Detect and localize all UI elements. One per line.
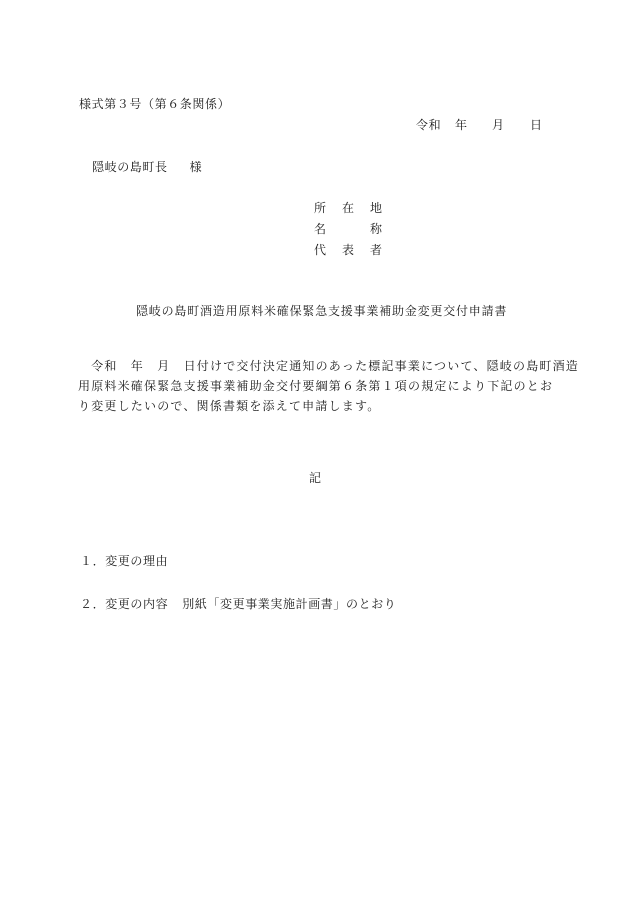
- applicant-representative-label: 代 表 者: [314, 244, 414, 258]
- applicant-block: 所 在 地 名 称 代 表 者: [314, 202, 332, 262]
- body-line: 令和 年 月 日付けで交付決定通知のあった標記事業について、隠岐の島町酒造: [78, 360, 579, 372]
- applicant-address-label: 所 在 地: [314, 202, 414, 216]
- label-char: 名: [314, 223, 327, 235]
- addressee-name: 隠岐の島町長: [92, 160, 168, 174]
- label-char: 所: [314, 202, 327, 214]
- item-change-reason: １．変更の理由: [80, 555, 168, 567]
- label-char: 代: [314, 244, 327, 256]
- date-year-label: 年: [455, 119, 468, 131]
- label-char: 表: [342, 244, 355, 256]
- item-value: 別紙「変更事業実施計画書」のとおり: [182, 597, 396, 611]
- body-line: り変更したいので、関係書類を添えて申請します。: [78, 400, 380, 412]
- item-change-content: ２．変更の内容別紙「変更事業実施計画書」のとおり: [80, 598, 396, 610]
- date-day-label: 日: [530, 119, 543, 131]
- date-month-label: 月: [492, 119, 505, 131]
- label-char: 地: [370, 202, 383, 214]
- addressee: 隠岐の島町長様: [92, 161, 202, 173]
- form-number: 様式第３号（第６条関係）: [79, 98, 230, 110]
- applicant-name-label: 名 称: [314, 223, 414, 237]
- ki-heading: 記: [309, 472, 322, 484]
- label-char: 在: [342, 202, 355, 214]
- body-line: 用原料米確保緊急支援事業補助金交付要綱第６条第１項の規定により下記のとお: [78, 380, 553, 392]
- date-line: 令和 年 月 日: [416, 119, 556, 133]
- item-label: １．変更の理由: [80, 554, 168, 568]
- addressee-honorific: 様: [190, 160, 203, 174]
- date-era: 令和: [416, 119, 441, 131]
- label-char: 称: [370, 223, 383, 235]
- item-label: ２．変更の内容: [80, 597, 168, 611]
- label-char: 者: [370, 244, 383, 256]
- document-title: 隠岐の島町酒造用原料米確保緊急支援事業補助金変更交付申請書: [136, 305, 507, 317]
